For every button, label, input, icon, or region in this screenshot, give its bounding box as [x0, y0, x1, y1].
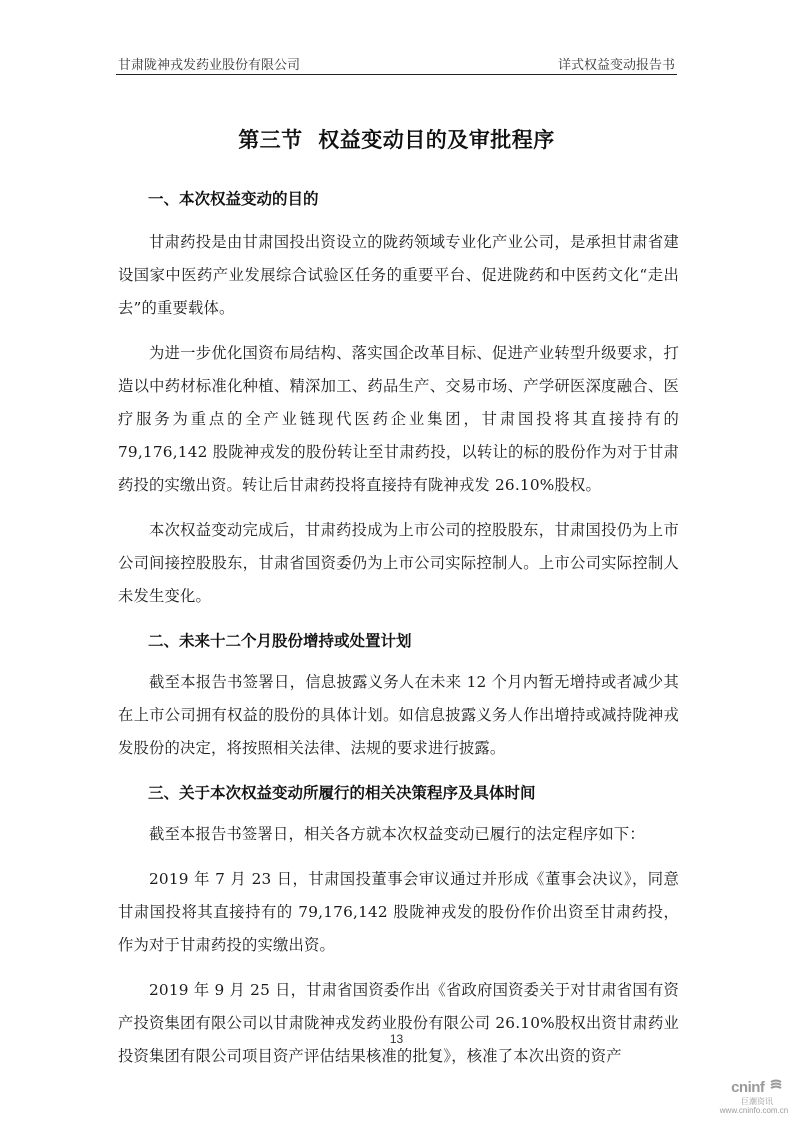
header-company-name: 甘肃陇神戎发药业股份有限公司	[118, 54, 300, 73]
heading-12-month-plan: 二、未来十二个月股份增持或处置计划	[118, 629, 679, 651]
section-title: 第三节 权益变动目的及审批程序	[0, 124, 793, 154]
paragraph: 截至本报告书签署日，信息披露义务人在未来 12 个月内暂无增持或者减少其在上市公…	[118, 666, 679, 765]
paragraph: 甘肃药投是由甘肃国投出资设立的陇药领域专业化产业公司，是承担甘肃省建设国家中医药…	[118, 226, 679, 325]
paragraph: 2019 年 7 月 23 日，甘肃国投董事会审议通过并形成《董事会决议》，同意…	[118, 863, 679, 962]
paragraph: 截至本报告书签署日，相关各方就本次权益变动已履行的法定程序如下：	[118, 818, 679, 851]
paragraph: 2019 年 9 月 25 日，甘肃省国资委作出《省政府国资委关于对甘肃省国有资…	[118, 974, 679, 1073]
heading-purpose: 一、本次权益变动的目的	[118, 187, 679, 209]
header-document-title: 详式权益变动报告书	[558, 54, 675, 73]
cninf-watermark: cninf 巨潮资讯 www.cninfo.com.cn	[722, 1079, 792, 1116]
watermark-url: www.cninfo.com.cn	[716, 1106, 792, 1116]
page-header: 甘肃陇神戎发药业股份有限公司 详式权益变动报告书	[116, 50, 677, 75]
watermark-brand: cninf	[731, 1079, 764, 1096]
paragraph: 为进一步优化国资布局结构、落实国企改革目标、促进产业转型升级要求，打造以中药材标…	[118, 337, 679, 502]
document-body: 一、本次权益变动的目的 甘肃药投是由甘肃国投出资设立的陇药领域专业化产业公司，是…	[118, 174, 679, 1073]
page-number: 13	[0, 1032, 793, 1046]
heading-decision-procedures: 三、关于本次权益变动所履行的相关决策程序及具体时间	[118, 781, 679, 803]
cninf-logo-icon	[769, 1079, 783, 1094]
watermark-cn-name: 巨潮资讯	[722, 1097, 792, 1106]
paragraph: 本次权益变动完成后，甘肃药投成为上市公司的控股股东，甘肃国投仍为上市公司间接控股…	[118, 514, 679, 613]
